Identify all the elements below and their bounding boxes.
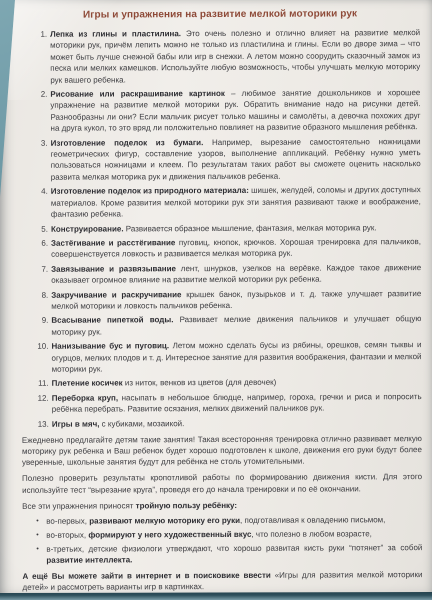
block-text: Всасывание пипеткой воды. Развивает мелк… [51, 313, 421, 337]
list-item: 10.Нанизывание бус и пуговиц. Летом можн… [33, 339, 421, 375]
bullet-item: •во-первых, развивают мелкую моторику ег… [36, 514, 422, 527]
block-text: во-вторых, формируют у него художественн… [46, 528, 422, 541]
list-item: 4.Изготовление поделок из природного мат… [33, 184, 421, 220]
block-text: А ещё Вы можете зайти в интернет и в пои… [22, 570, 422, 592]
paragraph: Ежедневно предлагайте детям такие заняти… [22, 433, 422, 469]
block-text: Застёгивание и расстёгивание пуговиц, кн… [51, 236, 421, 260]
item-number: 12. [34, 393, 52, 416]
block-text: Конструирование. Развивается образное мы… [51, 222, 421, 235]
item-number: 3. [33, 137, 51, 183]
paragraph: А ещё Вы можете зайти в интернет и в пои… [22, 569, 422, 594]
bullet-item: •в-третьих, детские физиологи утверждают… [36, 542, 422, 566]
list-item: 5.Конструирование. Развивается образное … [33, 222, 421, 235]
list-item: 12.Переборка круп, насыпать в небольшое … [34, 391, 422, 416]
item-number: 13. [34, 418, 52, 429]
item-number: 5. [33, 223, 51, 234]
bullet-item: •во-вторых, формируют у него художествен… [36, 528, 422, 541]
item-number: 11. [34, 378, 52, 389]
paragraph: Полезно проверить результаты кропотливой… [22, 471, 422, 496]
document-blocks: 1.Лепка из глины и пластилина. Это очень… [20, 27, 422, 594]
block-text: Плетение косичек из ниток, венков из цве… [52, 376, 422, 389]
list-item: 8.Закручивание и раскручивание крышек ба… [33, 288, 421, 313]
block-text: Игры в мяч, с кубиками, мозаикой. [52, 417, 422, 430]
list-item: 3.Изготовление поделок из бумаги. Наприм… [33, 136, 421, 183]
block-text: в-третьих, детские физиологи утверждают,… [46, 542, 422, 566]
list-item: 1.Лепка из глины и пластилина. Это очень… [32, 27, 420, 86]
item-number: 1. [32, 29, 50, 86]
document-content: Игры и упражнения на развитие мелкой мот… [20, 7, 423, 598]
block-text: во-первых, развивают мелкую моторику его… [46, 514, 422, 527]
paragraph: Все эти упражнения приносят тройную поль… [22, 499, 422, 512]
item-number: 6. [33, 238, 51, 261]
block-text: Ежедневно предлагайте детям такие заняти… [22, 434, 422, 468]
list-item: 11.Плетение косичек из ниток, венков из … [34, 376, 422, 389]
item-number: 9. [33, 315, 51, 338]
list-item: 2.Рисование или раскрашивание картинок –… [32, 87, 420, 134]
block-text: Полезно проверить результаты кропотливой… [22, 472, 422, 494]
block-text: Закручивание и раскручивание крышек бано… [51, 288, 421, 312]
list-item: 7.Завязывание и развязывание лент, шнурк… [33, 262, 421, 287]
bullet-icon: • [36, 544, 46, 567]
block-text: Лепка из глины и пластилина. Это очень п… [50, 27, 420, 86]
item-number: 7. [33, 263, 51, 286]
item-number: 10. [33, 341, 51, 375]
block-text: Нанизывание бус и пуговиц. Летом можно с… [51, 339, 421, 375]
list-item: 13.Игры в мяч, с кубиками, мозаикой. [34, 417, 422, 430]
block-text: Рисование или раскрашивание картинок – л… [50, 87, 420, 134]
item-number: 8. [33, 289, 51, 312]
list-item: 6.Застёгивание и расстёгивание пуговиц, … [33, 236, 421, 261]
block-text: Изготовление поделок из природного матер… [51, 184, 421, 220]
page-title: Игры и упражнения на развитие мелкой мот… [20, 7, 420, 22]
block-text: Завязывание и развязывание лент, шнурков… [51, 262, 421, 286]
list-item: 9.Всасывание пипеткой воды. Развивает ме… [33, 313, 421, 338]
block-text: Все эти упражнения приносят тройную поль… [22, 500, 237, 510]
bullet-icon: • [36, 530, 46, 541]
item-number: 4. [33, 186, 51, 220]
bullet-icon: • [36, 516, 46, 527]
block-text: Переборка круп, насыпать в небольшое блю… [52, 391, 422, 415]
block-text: Изготовление поделок из бумаги. Например… [51, 136, 421, 183]
item-number: 2. [32, 89, 50, 135]
